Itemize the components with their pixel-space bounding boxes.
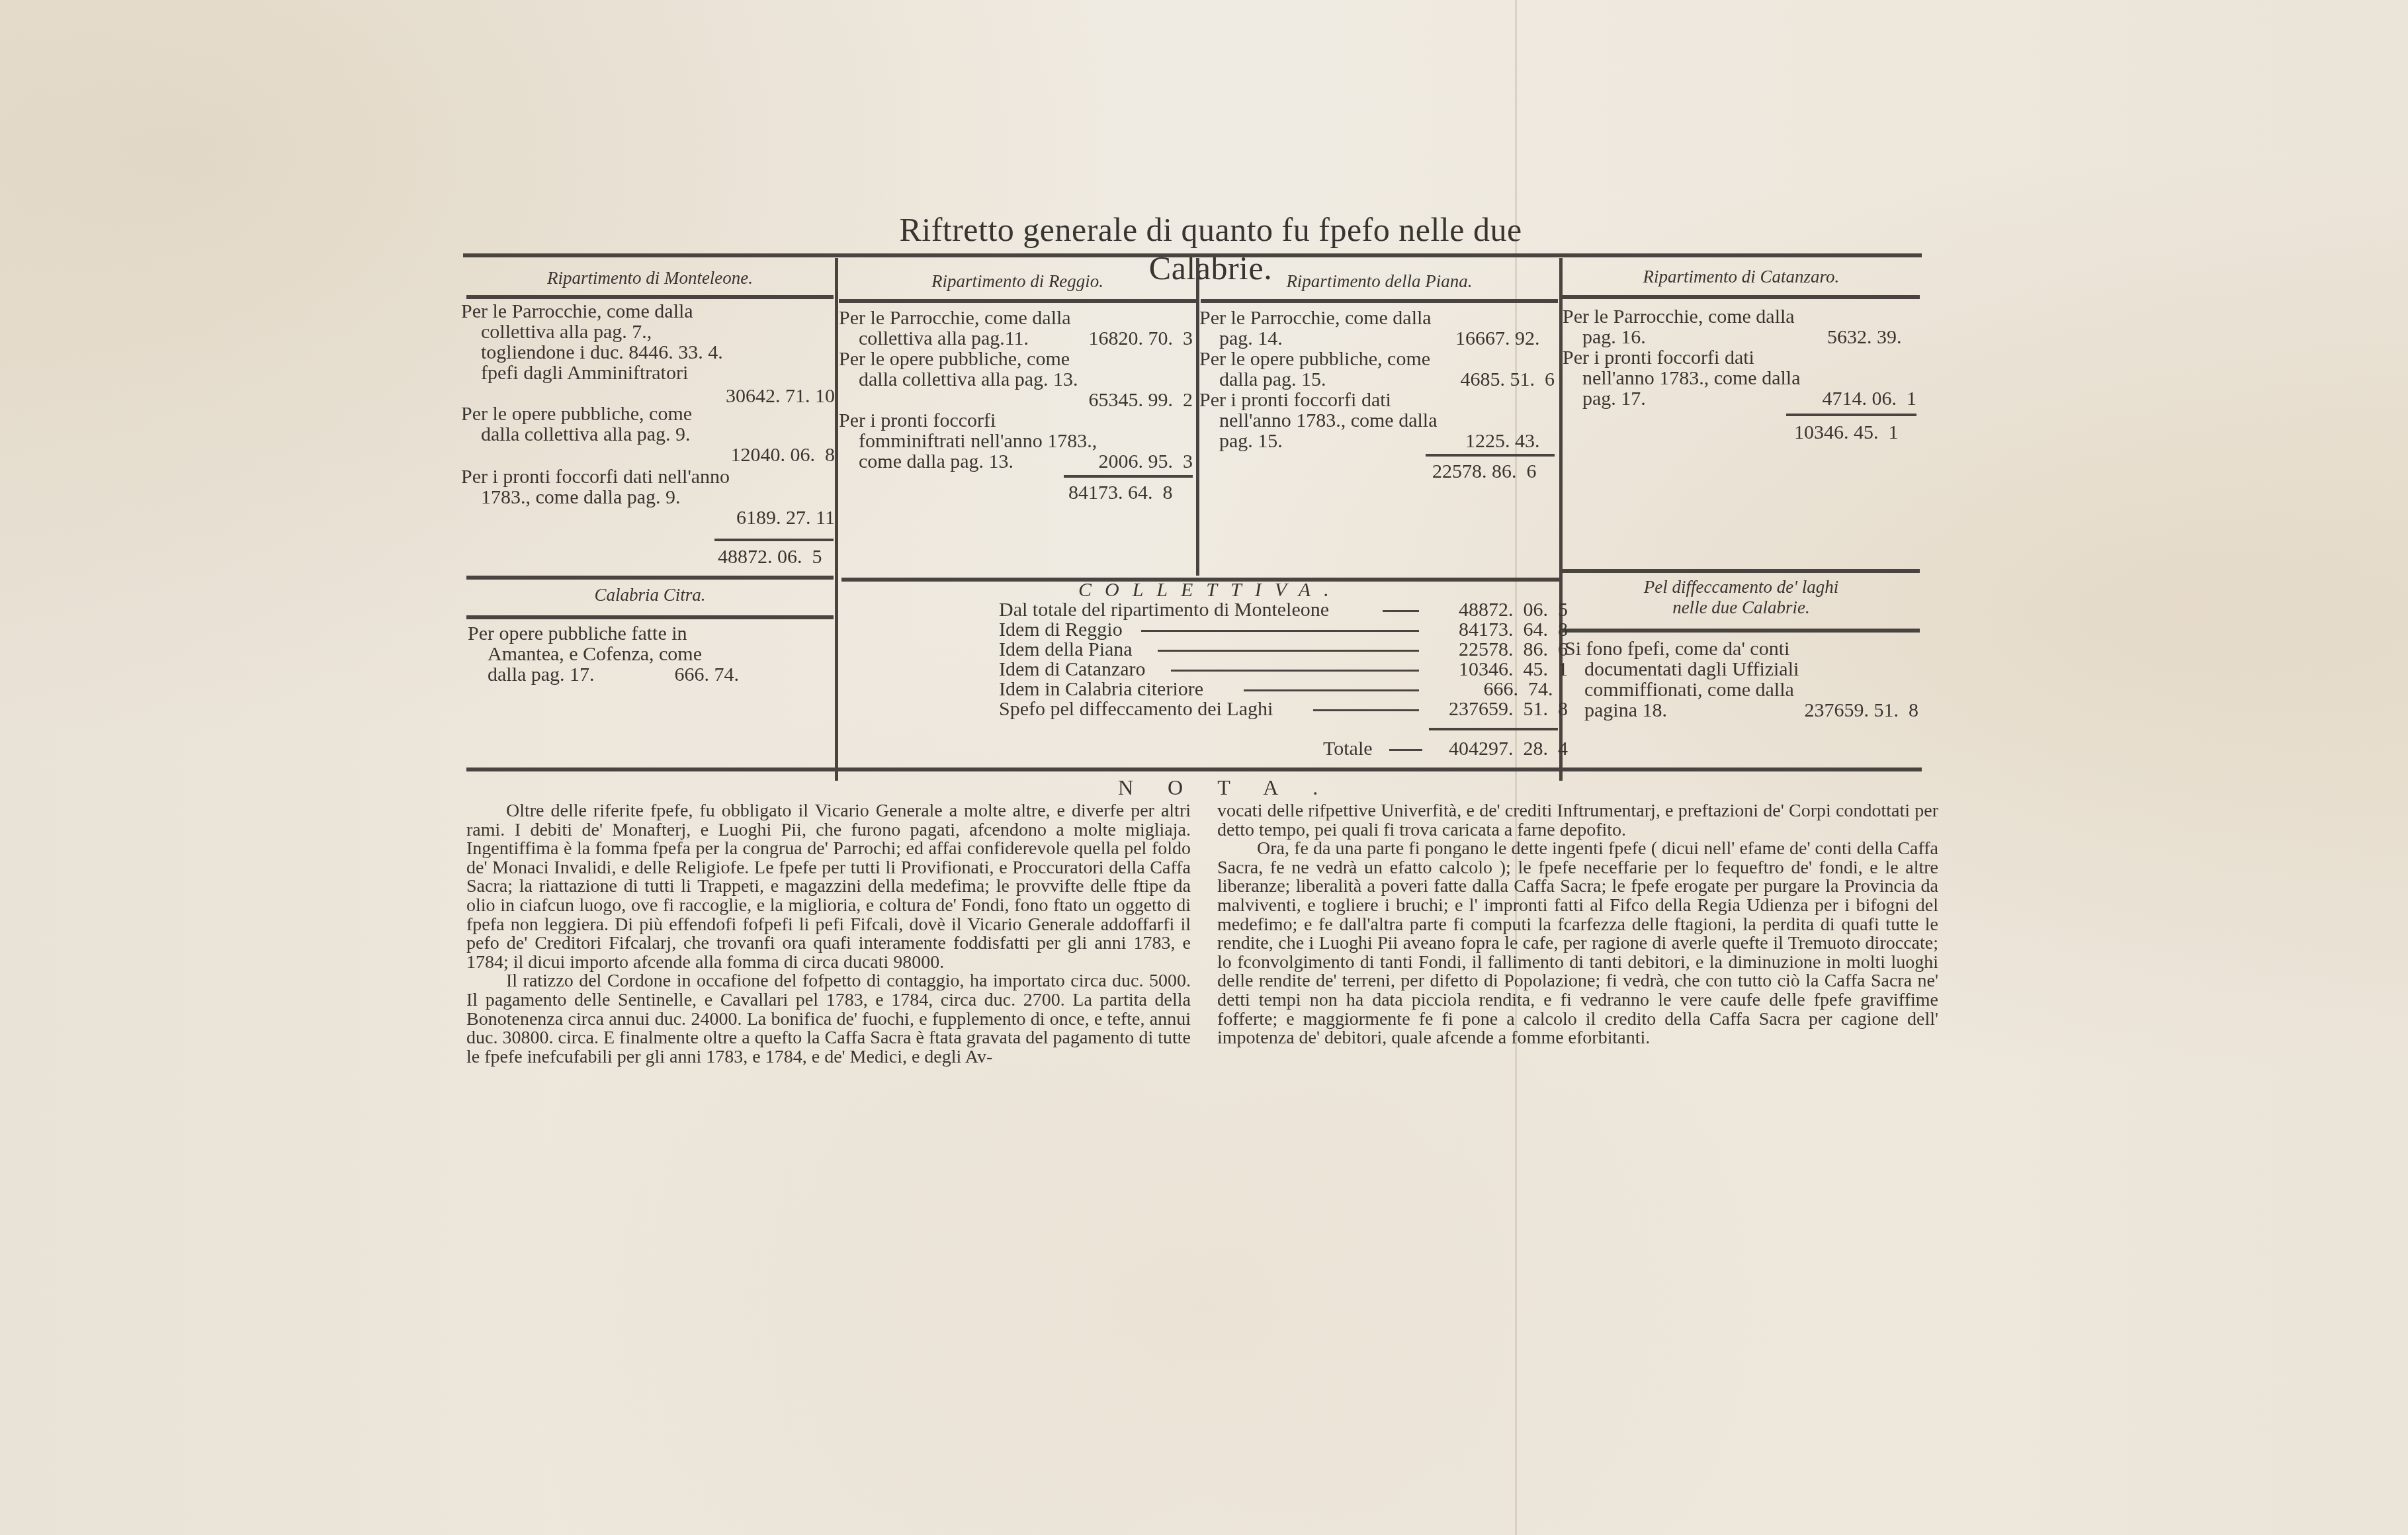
- header-rule-3: [1201, 299, 1558, 303]
- reggio-item: Per i pronti foccorfi fomminiftrati nell…: [839, 410, 1193, 472]
- leader-line: [1141, 630, 1419, 632]
- catanzaro-header: Ripartimento di Catanzaro.: [1563, 267, 1920, 287]
- piana-total: 22578. 86. 6: [1432, 460, 1537, 483]
- collettiva-title: COLLETTIVA.: [1078, 579, 1342, 601]
- header-rule-4: [1563, 295, 1920, 299]
- laghi-section: Si fono fpefi, come da' conti documentat…: [1565, 638, 1918, 721]
- bottom-rule: [466, 767, 1922, 771]
- monteleone-item: Per i pronti foccorfi dati nell'anno 178…: [461, 466, 835, 507]
- laghi-header-rule: [1563, 629, 1920, 633]
- nota-title: NOTA.: [1118, 775, 1352, 800]
- header-rule-1: [466, 295, 834, 299]
- piana-sum-rule: [1426, 454, 1555, 457]
- collettiva-row: Idem di Catanzaro 10346. 45. 1: [999, 658, 1568, 678]
- monteleone-header: Ripartimento di Monteleone.: [466, 268, 834, 288]
- monteleone-total: 48872. 06. 5: [718, 546, 822, 568]
- nota-paragraph: Il ratizzo del Cordone in occafione del …: [466, 972, 1191, 1067]
- lower-rule-left: [466, 576, 834, 580]
- collettiva-row: Idem della Piana 22578. 86. 6: [999, 638, 1568, 658]
- collettiva-total-row: Totale 404297. 28. 4: [999, 738, 1568, 758]
- citra-header: Calabria Citra.: [466, 585, 834, 605]
- collettiva-row: Spefo pel diffeccamento dei Laghi 237659…: [999, 698, 1568, 718]
- nota-paragraph: vocati delle rifpettive Univerfità, e de…: [1217, 802, 1938, 840]
- reggio-header: Ripartimento di Reggio.: [839, 271, 1196, 292]
- monteleone-sum-rule: [714, 539, 834, 541]
- piana-item: Per le Parrocchie, come dalla pag. 14. 1…: [1199, 308, 1555, 349]
- monteleone-item: Per le Parrocchie, come dalla collettiva…: [461, 301, 835, 383]
- catanzaro-section: Per le Parrocchie, come dalla pag. 16. 5…: [1563, 306, 1916, 439]
- nota-paragraph: Oltre delle riferite fpefe, fu obbligato…: [466, 802, 1191, 972]
- catanzaro-item: Per i pronti foccorfi dati nell'anno 178…: [1563, 347, 1916, 409]
- reggio-item: Per le opere pubbliche, come dalla colle…: [839, 349, 1193, 390]
- nota-right-column: vocati delle rifpettive Univerfità, e de…: [1217, 802, 1938, 1048]
- reggio-sum-rule: [1064, 475, 1193, 478]
- leader-line: [1244, 689, 1419, 691]
- leader-line: [1313, 709, 1419, 711]
- leader-line: [1383, 610, 1419, 612]
- catanzaro-sum-rule: [1786, 414, 1916, 416]
- leader-line: [1158, 650, 1419, 652]
- leader-line: [1171, 670, 1419, 672]
- lower-rule-right: [1563, 569, 1920, 573]
- monteleone-section: Per le Parrocchie, come dalla collettiva…: [461, 301, 835, 579]
- reggio-item: Per le Parrocchie, come dalla collettiva…: [839, 308, 1193, 349]
- reggio-total: 84173. 64. 8: [1068, 482, 1173, 504]
- catanzaro-total: 10346. 45. 1: [1794, 421, 1899, 444]
- nota-paragraph: Ora, fe da una parte fi pongano le dette…: [1217, 840, 1938, 1048]
- citra-header-rule: [466, 615, 834, 619]
- catanzaro-item: Per le Parrocchie, come dalla pag. 16. 5…: [1563, 306, 1916, 347]
- monteleone-item: Per le opere pubbliche, come dalla colle…: [461, 404, 835, 445]
- piana-header: Ripartimento della Piana.: [1201, 271, 1558, 292]
- collettiva-sum-rule: [1429, 728, 1558, 730]
- nota-left-column: Oltre delle riferite fpefe, fu obbligato…: [466, 802, 1191, 1067]
- collettiva-row: Idem in Calabria citeriore 666. 74.: [999, 678, 1568, 698]
- header-rule-2: [839, 299, 1196, 303]
- piana-item: Per le opere pubbliche, come dalla pag. …: [1199, 349, 1555, 390]
- collettiva-row: Dal totale del ripartimento di Monteleon…: [999, 599, 1568, 619]
- col-divider-1: [835, 258, 838, 781]
- piana-item: Per i pronti foccorfi dati nell'anno 178…: [1199, 390, 1555, 451]
- leader-line: [1389, 749, 1422, 751]
- citra-section: Per opere pubbliche fatte in Amantea, e …: [468, 623, 825, 685]
- laghi-header: Pel diffeccamento de' laghi nelle due Ca…: [1563, 577, 1920, 618]
- top-rule: [463, 253, 1922, 257]
- collettiva-row: Idem di Reggio 84173. 64. 8: [999, 619, 1568, 638]
